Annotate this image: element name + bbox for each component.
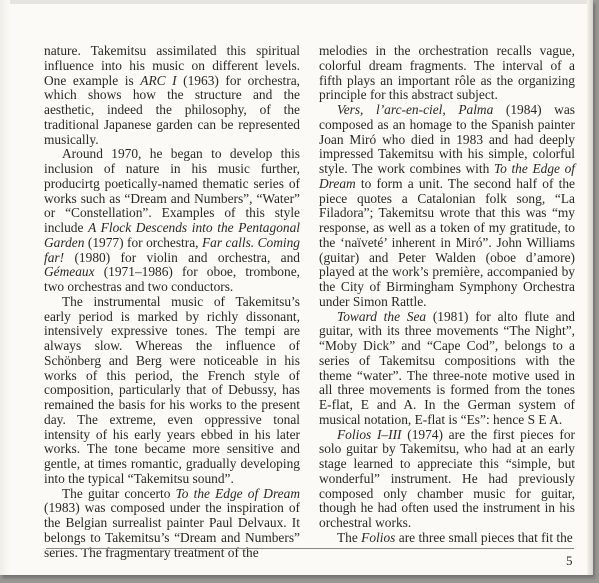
- text-run: (1981) for alto flute and guitar, with i…: [319, 309, 575, 427]
- text-run: The guitar concerto: [62, 486, 176, 501]
- italic-title: Folios: [361, 530, 395, 545]
- paragraph: Toward the Sea (1981) for alto flute and…: [319, 310, 575, 428]
- paragraph: The instrumental music of Takemitsu’s ea…: [44, 295, 300, 487]
- italic-title: ARC I: [140, 73, 176, 88]
- text-run: (1983) was composed under the inspiratio…: [44, 500, 300, 559]
- text-run: are three small pieces that fit the: [395, 530, 572, 545]
- paragraph: melodies in the orchestration recalls va…: [319, 44, 575, 103]
- italic-title: To the Edge of Dream: [176, 486, 300, 501]
- page-top-edge: [0, 0, 593, 4]
- text-run: (1980) for violin and orchestra, and: [64, 250, 300, 265]
- paragraph: Vers, l’arc-en-ciel, Palma (1984) was co…: [319, 103, 575, 310]
- italic-title: Folios I–III: [337, 427, 402, 442]
- paragraph: Folios I–III (1974) are the first pieces…: [319, 428, 575, 531]
- paragraph: Around 1970, he began to develop this in…: [44, 147, 300, 295]
- text-run: (1977) for orchestra,: [84, 235, 202, 250]
- text-run: (1974) are the first pieces for solo gui…: [319, 427, 575, 531]
- text-run: melodies in the orchestration recalls va…: [319, 43, 575, 102]
- page-spine-shadow: [0, 0, 10, 575]
- paragraph: nature. Takemitsu assimilated this spiri…: [44, 44, 300, 147]
- paragraph: The guitar concerto To the Edge of Dream…: [44, 487, 300, 561]
- right-column: melodies in the orchestration recalls va…: [319, 44, 575, 546]
- page-right-edge: [587, 0, 593, 575]
- footer-rule: [46, 548, 574, 549]
- italic-title: Gémeaux: [44, 264, 95, 279]
- booklet-page: nature. Takemitsu assimilated this spiri…: [0, 0, 593, 575]
- text-run: to form a unit. The second half of the p…: [319, 176, 575, 309]
- paragraph: The Folios are three small pieces that f…: [319, 531, 575, 546]
- left-column: nature. Takemitsu assimilated this spiri…: [44, 44, 300, 560]
- italic-title: Toward the Sea: [337, 309, 426, 324]
- text-run: The: [337, 530, 361, 545]
- italic-title: Vers, l’arc-en-ciel, Palma: [337, 102, 493, 117]
- page-number: 5: [566, 553, 573, 569]
- text-run: The instrumental music of Takemitsu’s ea…: [44, 294, 300, 486]
